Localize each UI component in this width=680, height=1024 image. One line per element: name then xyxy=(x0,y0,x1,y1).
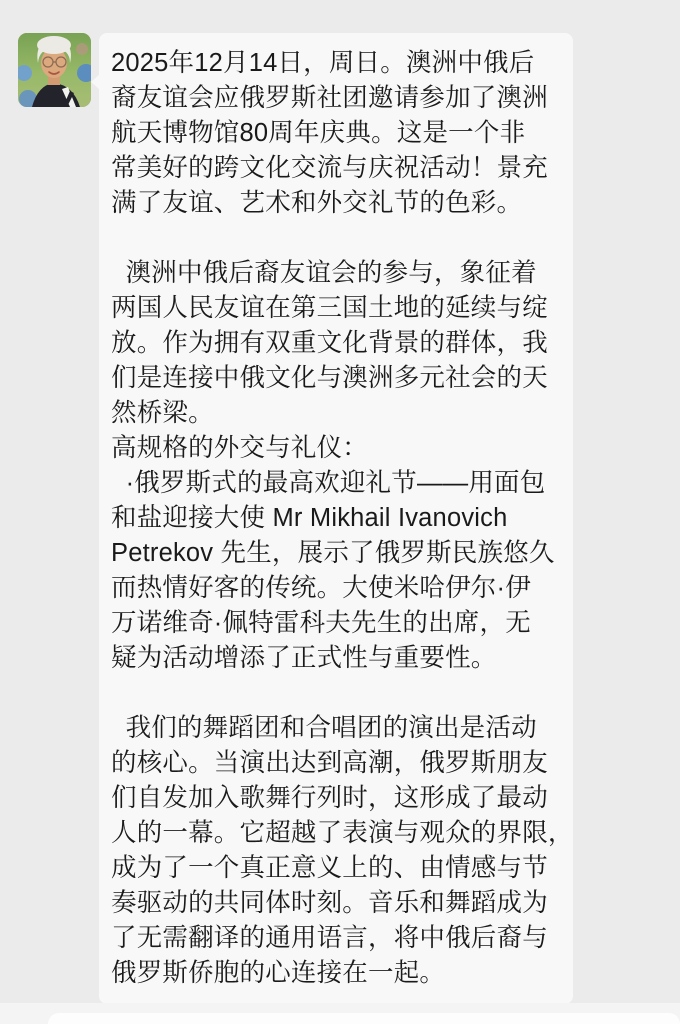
bubble-tail-icon xyxy=(91,74,100,90)
message-line: 然桥梁。 xyxy=(111,396,565,431)
avatar-image xyxy=(18,33,91,107)
chat-screen: 2025年12月14日，周日。澳洲中俄后裔友谊会应俄罗斯社团邀请参加了澳洲航天博… xyxy=(0,0,680,1024)
message-line: 裔友谊会应俄罗斯社团邀请参加了澳洲 xyxy=(111,81,565,116)
message-line: 人的一幕。它超越了表演与观众的界限， xyxy=(111,816,565,851)
message-line: 而热情好客的传统。大使米哈伊尔·伊 xyxy=(111,571,565,606)
message-line: 航天博物馆80周年庆典。这是一个非 xyxy=(111,116,565,151)
message-line: 奏驱动的共同体时刻。音乐和舞蹈成为 xyxy=(111,886,565,921)
message-line: 万诺维奇·佩特雷科夫先生的出席，无 xyxy=(111,606,565,641)
message-line: 常美好的跨文化交流与庆祝活动！景充 xyxy=(111,151,565,186)
message-text: 2025年12月14日，周日。澳洲中俄后裔友谊会应俄罗斯社团邀请参加了澳洲航天博… xyxy=(111,46,565,991)
message-line: 高规格的外交与礼仪： xyxy=(111,431,565,466)
message-line: 们是连接中俄文化与澳洲多元社会的天 xyxy=(111,361,565,396)
message-line: 成为了一个真正意义上的、由情感与节 xyxy=(111,851,565,886)
contact-avatar[interactable] xyxy=(18,33,91,107)
message-line: ·俄罗斯式的最高欢迎礼节——用面包 xyxy=(111,466,565,501)
message-bubble[interactable]: 2025年12月14日，周日。澳洲中俄后裔友谊会应俄罗斯社团邀请参加了澳洲航天博… xyxy=(99,33,573,1004)
message-line: 放。作为拥有双重文化背景的群体，我 xyxy=(111,326,565,361)
message-line xyxy=(111,221,565,256)
message-line: 们自发加入歌舞行列时，这形成了最动 xyxy=(111,781,565,816)
message-line: 澳洲中俄后裔友谊会的参与，象征着 xyxy=(111,256,565,291)
message-line: Petrekov 先生，展示了俄罗斯民族悠久 xyxy=(111,536,565,571)
message-line: 俄罗斯侨胞的心连接在一起。 xyxy=(111,956,565,991)
message-line: 我们的舞蹈团和合唱团的演出是活动 xyxy=(111,711,565,746)
message-line: 2025年12月14日，周日。澳洲中俄后 xyxy=(111,46,565,81)
message-line: 疑为活动增添了正式性与重要性。 xyxy=(111,641,565,676)
message-line: 和盐迎接大使 Mr Mikhail Ivanovich xyxy=(111,501,565,536)
message-line xyxy=(111,676,565,711)
message-line: 满了友谊、艺术和外交礼节的色彩。 xyxy=(111,186,565,221)
next-bubble-partial xyxy=(48,1013,680,1024)
message-line: 两国人民友谊在第三国土地的延续与绽 xyxy=(111,291,565,326)
message-line: 了无需翻译的通用语言，将中俄后裔与 xyxy=(111,921,565,956)
message-line: 的核心。当演出达到高潮，俄罗斯朋友 xyxy=(111,746,565,781)
